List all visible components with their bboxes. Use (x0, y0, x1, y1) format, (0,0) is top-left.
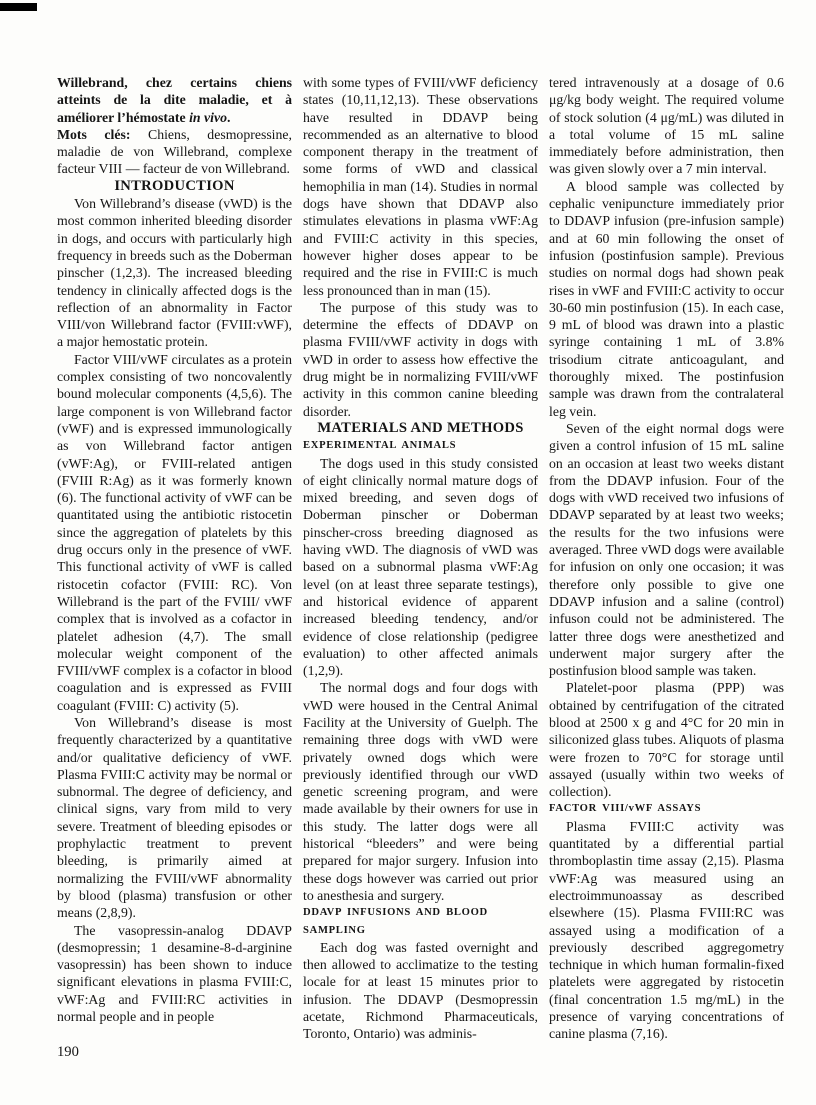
factor-assays-heading: FACTOR VIII/vWF ASSAYS (549, 800, 784, 817)
intro-paragraph-4-continuation: with some types of FVIII/vWF deficiency … (303, 74, 538, 299)
intro-paragraph-1: Von Willebrand’s disease (vWD) is the mo… (57, 195, 292, 351)
ddavp-infusions-heading: DDAVP INFUSIONS AND BLOOD SAMPLING (303, 904, 538, 939)
column-middle: with some types of FVIII/vWF deficiency … (303, 74, 538, 1043)
french-abstract-continuation: Willebrand, chez certains chiens atteint… (57, 74, 292, 126)
introduction-heading: INTRODUCTION (57, 178, 292, 195)
intro-paragraph-2: Factor VIII/vWF circulates as a protein … (57, 351, 292, 714)
assays-paragraph-1: Plasma FVIII:C activity was quantitated … (549, 818, 784, 1043)
page-number: 190 (57, 1044, 79, 1061)
column-right: tered intravenously at a dosage of 0.6 μ… (549, 74, 784, 1043)
infusions-paragraph-1-continuation: tered intravenously at a dosage of 0.6 μ… (549, 74, 784, 178)
animals-paragraph-2: The normal dogs and four dogs with vWD w… (303, 679, 538, 904)
animals-paragraph-1: The dogs used in this study consisted of… (303, 455, 538, 680)
intro-paragraph-3: Von Willebrand’s disease is most frequen… (57, 714, 292, 922)
scan-artifact (0, 3, 37, 11)
column-left: Willebrand, chez certains chiens atteint… (57, 74, 292, 1043)
materials-methods-heading: MATERIALS AND METHODS (303, 420, 538, 437)
blood-sample-paragraph: A blood sample was collected by cephalic… (549, 178, 784, 420)
abstract-text: Willebrand, chez certains chiens atteint… (57, 75, 292, 125)
article-columns: Willebrand, chez certains chiens atteint… (57, 74, 785, 1043)
control-infusion-paragraph: Seven of the eight normal dogs were give… (549, 420, 784, 679)
mots-cles-paragraph: Mots clés: Chiens, desmopressine, maladi… (57, 126, 292, 178)
plasma-preparation-paragraph: Platelet-poor plasma (PPP) was obtained … (549, 679, 784, 800)
abstract-italic-in-vivo: in vivo (189, 110, 227, 125)
mots-cles-label: Mots clés: (57, 127, 130, 142)
intro-paragraph-4: The vasopressin-analog DDAVP (desmopress… (57, 922, 292, 1026)
experimental-animals-heading: EXPERIMENTAL ANIMALS (303, 437, 538, 454)
purpose-paragraph: The purpose of this study was to determi… (303, 299, 538, 420)
abstract-end: . (227, 110, 230, 125)
journal-page: Willebrand, chez certains chiens atteint… (0, 0, 816, 1105)
infusions-paragraph-1: Each dog was fasted overnight and then a… (303, 939, 538, 1043)
